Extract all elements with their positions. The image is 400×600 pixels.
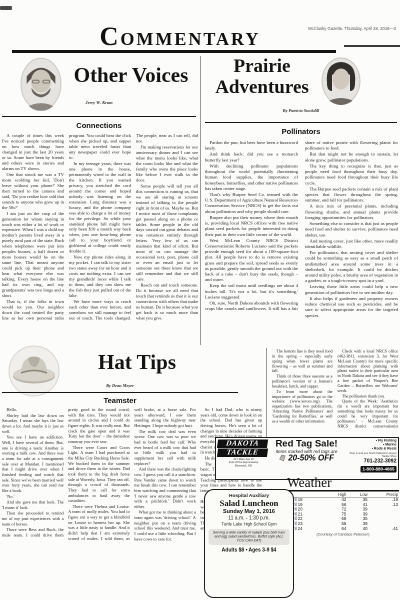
paragraph: Hello, <box>2 407 64 412</box>
luncheon-location: Turtle Lake High School Gym <box>208 522 291 528</box>
paragraph: I'm making reservations for our annivers… <box>136 144 198 182</box>
tackle-ad-right: • Fly Fishing• Marine• Rods & Reels Stop… <box>344 439 397 476</box>
pollinators-heading: Pollinators <box>205 127 397 136</box>
paragraph: The pollinators thank you. <box>338 394 399 399</box>
paragraph: And she gave me that look. The 'I mean i… <box>2 500 64 511</box>
paragraph: West McLean County NRCS District Conserv… <box>205 238 298 283</box>
paragraph: What got me to thinking about a team aga… <box>134 510 196 542</box>
paragraph: And there was the chain-fighting cow. I … <box>134 467 196 510</box>
connections-body: A couple of times this week I've noticed… <box>2 133 198 346</box>
paragraph: Reach out and touch someone. Do it becau… <box>136 283 198 321</box>
prairie-title-line1: Prairie <box>206 56 318 77</box>
paragraph: I am just on the cusp of the generation … <box>2 211 64 299</box>
other-voices-rule <box>2 116 196 117</box>
weather-title: Weather <box>287 475 399 492</box>
prairie-byline: By Patricia Stockdill <box>204 108 398 113</box>
prairie-byline-box: By Patricia Stockdill <box>204 108 398 116</box>
scan-smudge <box>0 6 12 10</box>
tackle-brand-line2: TACKLE <box>217 449 268 458</box>
pollinators-body-bottom-box: The bottom line is they need food in the… <box>272 349 398 434</box>
paragraph: Some people will tell you all this conne… <box>136 183 198 282</box>
prairie-rule <box>205 122 397 123</box>
paragraph: • Rods & Reels <box>344 447 397 451</box>
tackle-address: 417 Main Ave WJust off the ExpresswayBis… <box>218 458 270 468</box>
newspaper-page: McClusky Gazette, Thursday, April 28, 20… <box>0 0 400 600</box>
teamster-heading: Teamster <box>0 396 240 405</box>
paragraph: The bottom line is they need food in the… <box>272 349 333 374</box>
tackle-discount-row: 20-50% OFF <box>270 454 344 463</box>
paragraph: Then she proceeded to remind me of my pa… <box>2 511 64 527</box>
paragraph: Bismarck, ND <box>218 464 270 467</box>
luncheon-date: Sunday May 1, 2016 <box>208 508 291 515</box>
other-voices-byline-box: Jerry W. Kram <box>0 100 198 108</box>
hat-tips-rule <box>2 392 238 393</box>
tackle-headline: Red Tag Sale! <box>270 439 344 449</box>
paragraph: It also helps if gardeners and property … <box>305 296 398 318</box>
weather-cell: 40 <box>347 526 368 531</box>
paragraph: Leaving those little areas could help a … <box>305 284 398 295</box>
prairie-title: Prairie Adventures <box>206 56 318 98</box>
paragraph: And nesting cover, just like other, more… <box>305 238 398 249</box>
luncheon-price: Adults $8 • Ages 3-9 $4 <box>208 547 291 554</box>
paragraph: 'No.' <box>2 494 64 499</box>
weather-row: April 246440.41 <box>287 526 399 531</box>
price-tag-icon <box>279 455 286 462</box>
other-voices-byline: Jerry W. Kram <box>0 100 198 105</box>
paragraph: But that might not be enough to sustain,… <box>305 152 398 163</box>
paragraph: Think of those three seasons as a pollin… <box>272 374 333 389</box>
masthead-rule <box>12 50 336 53</box>
luncheon-ad-inner: Hospital Auxiliary Salad Luncheon Sunday… <box>205 490 293 557</box>
tackle-ad-inner: DAKOTA TACKLE 417 Main Ave WJust off the… <box>216 438 398 477</box>
paragraph: There were Coors and Coors Light. A team… <box>68 445 130 504</box>
paragraph: A couple of times this week I've noticed… <box>2 133 64 171</box>
weather-cell: .41 <box>369 526 399 531</box>
paragraph: That's why Burpee Seed Co. teamed with t… <box>205 192 298 214</box>
weather-inner: Weather High Low Precip April 184235.19A… <box>287 475 399 537</box>
weather-box: Weather High Low Precip April 184235.19A… <box>287 475 399 567</box>
paragraph: Check with a local NRCS office (462-3811… <box>338 349 399 393</box>
luncheon-ad: Hospital Auxiliary Salad Luncheon Sunday… <box>204 489 294 598</box>
column-divider-upper <box>200 56 201 345</box>
tackle-phone-tollfree: 1-800-880-4665 <box>360 466 396 473</box>
tackle-logo: DAKOTA TACKLE 417 Main Ave WJust off the… <box>218 439 270 476</box>
weather-cell: 64 <box>324 526 347 531</box>
connections-heading: Connections <box>0 121 198 130</box>
weather-table-body: April 184235.19April 195641.13April 2072… <box>287 497 399 531</box>
paragraph: The Burpee seed packets contain a mix of… <box>305 186 398 203</box>
paragraph: With declining pollinator populations th… <box>205 163 298 191</box>
columnist-headshot-woman <box>321 57 361 105</box>
pollinators-body-bottom: The bottom line is they need food in the… <box>272 349 398 434</box>
tackle-brand-line1: DAKOTA <box>217 440 268 449</box>
tackle-bullets: • Fly Fishing• Marine• Rods & Reels <box>344 439 397 451</box>
prairie-title-line2: Adventures <box>206 77 318 98</box>
paragraph: Pardon the pun, but bees have been a buz… <box>205 140 298 151</box>
weather-credit: (Courtesy of Candace Peterson) <box>287 532 399 537</box>
hat-tips-title: Hat Tips <box>62 350 212 375</box>
tackle-ad: DAKOTA TACKLE 417 Main Ave WJust off the… <box>215 437 399 480</box>
tackle-ad-center: Red Tag Sale! Items marked with red tags… <box>270 439 344 476</box>
paragraph: You see I have an addiction. Well, I hav… <box>2 435 64 494</box>
paragraph: Shirley laid the law down on Saturday. I… <box>2 413 64 434</box>
paragraph: And think back: did you see a monarch bu… <box>205 152 298 163</box>
pollinators-body-top: Pardon the pun, but bees have been a buz… <box>205 140 398 345</box>
paragraph: In my teenage years, there was one phone… <box>69 161 131 254</box>
paragraph: One that struck me was a TV mom scolding… <box>2 172 64 210</box>
page-title: Commentary <box>60 22 300 52</box>
other-voices-title: Other Voices <box>64 63 198 88</box>
paragraph: Something else to consider is that just … <box>305 221 398 238</box>
paragraph: A nice mix of perennial plants, includin… <box>305 204 398 221</box>
paragraph: The key thing to recognize is that, just… <box>305 163 398 185</box>
paragraph: Keep the soil moist until seedlings are … <box>205 283 298 300</box>
luncheon-event: Salad Luncheon <box>208 499 291 509</box>
paragraph: To learn more about the importance of po… <box>272 389 333 423</box>
paragraph: Burpee also put their money where their … <box>205 215 298 237</box>
tackle-discount: 20-50% OFF <box>288 454 334 463</box>
hat-tips-byline: By Dean Meyer <box>0 383 240 388</box>
weather-table: High Low Precip April 184235.19April 195… <box>287 493 399 532</box>
pollinators-body-top-box: Pardon the pun, but bees have been a buz… <box>205 140 398 345</box>
hat-tips-byline-box: By Dean Meyer <box>0 383 240 391</box>
paragraph: For pollinators, that nesting cover and … <box>305 250 398 284</box>
luncheon-description: Serving a wide variety of salads plus bo… <box>209 529 290 545</box>
connections-body-box: A couple of times this week I've noticed… <box>2 133 198 346</box>
paragraph: The milk cow deal was even worse. One co… <box>134 429 196 466</box>
paragraph: Now my phone rides along in my pocket. I… <box>69 255 131 299</box>
tackle-phone-local: 701-232-3092 <box>344 459 397 465</box>
right-edge-rule <box>344 45 400 47</box>
